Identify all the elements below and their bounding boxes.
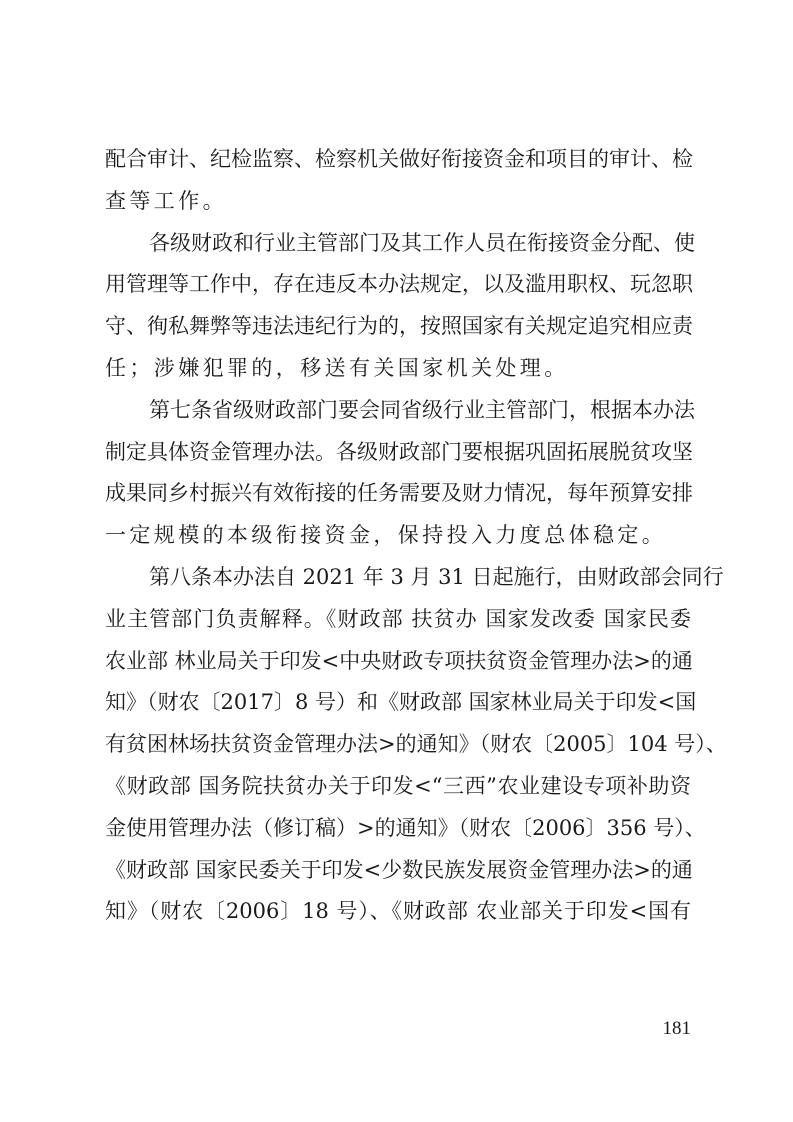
text-line: 《财政部 国务院扶贫办关于印发<“三西”农业建设专项补助资 — [105, 766, 691, 808]
text-line: 各级财政和行业主管部门及其工作人员在衔接资金分配、使 — [105, 223, 691, 265]
text-line: 用管理等工作中，存在违反本办法规定，以及滥用职权、玩忽职 — [105, 264, 691, 306]
document-page: 配合审计、纪检监察、检察机关做好衔接资金和项目的审计、检 查等工作。 各级财政和… — [0, 0, 793, 1122]
document-body: 配合审计、纪检监察、检察机关做好衔接资金和项目的审计、检 查等工作。 各级财政和… — [105, 139, 691, 933]
text-line: 制定具体资金管理办法。各级财政部门要根据巩固拓展脱贫攻坚 — [105, 432, 691, 474]
text-line: 知》（财农〔2006〕18 号）、《财政部 农业部关于印发<国有 — [105, 891, 691, 933]
article-8-heading-line: 第八条本办法自 2021 年 3 月 31 日起施行，由财政部会同行 — [105, 557, 691, 599]
text-line: 配合审计、纪检监察、检察机关做好衔接资金和项目的审计、检 — [105, 139, 691, 181]
text-line: 一定规模的本级衔接资金，保持投入力度总体稳定。 — [105, 515, 691, 557]
text-line: 金使用管理办法（修订稿）>的通知》（财农〔2006〕356 号）、 — [105, 808, 691, 850]
text-line: 业主管部门负责解释。《财政部 扶贫办 国家发改委 国家民委 — [105, 599, 691, 641]
text-line: 成果同乡村振兴有效衔接的任务需要及财力情况，每年预算安排 — [105, 473, 691, 515]
text-line: 守、徇私舞弊等违法违纪行为的，按照国家有关规定追究相应责 — [105, 306, 691, 348]
text-line: 《财政部 国家民委关于印发<少数民族发展资金管理办法>的通 — [105, 850, 691, 892]
page-number: 181 — [640, 1018, 691, 1040]
text-line: 任；涉嫌犯罪的，移送有关国家机关处理。 — [105, 348, 691, 390]
text-line: 有贫困林场扶贫资金管理办法>的通知》（财农〔2005〕104 号）、 — [105, 724, 691, 766]
text-line: 知》（财农〔2017〕8 号）和《财政部 国家林业局关于印发<国 — [105, 682, 691, 724]
text-line: 农业部 林业局关于印发<中央财政专项扶贫资金管理办法>的通 — [105, 641, 691, 683]
article-7-heading-line: 第七条省级财政部门要会同省级行业主管部门，根据本办法 — [105, 390, 691, 432]
text-line: 查等工作。 — [105, 181, 691, 223]
